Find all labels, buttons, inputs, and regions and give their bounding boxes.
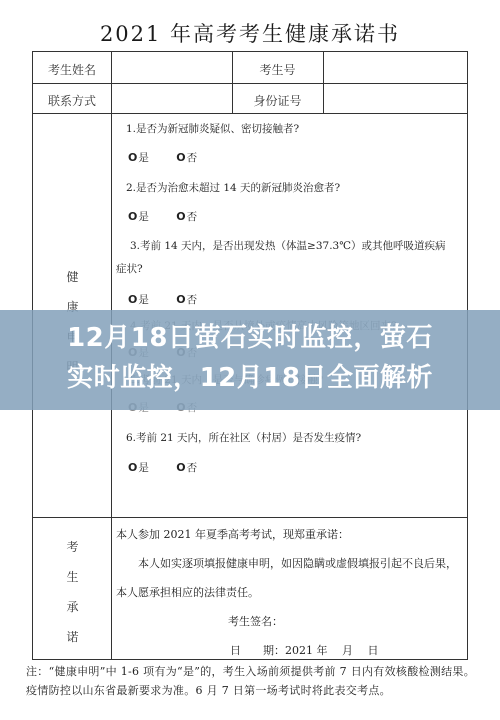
student-name-field[interactable] (112, 52, 232, 83)
option-no[interactable]: O否 (176, 292, 197, 307)
radio-circle-icon: O (128, 210, 137, 223)
question-3-options: O是 O否 (128, 292, 221, 307)
overlay-line-1: 12月18日萤石实时监控，萤石 (0, 318, 500, 358)
label-char: 生 (33, 562, 112, 592)
signature-field[interactable] (290, 610, 440, 628)
radio-circle-icon: O (128, 293, 137, 306)
pledge-line-1: 本人参加 2021 年夏季高考考试，现郑重承诺： (116, 526, 349, 542)
label-char: 考 (33, 532, 112, 562)
option-yes[interactable]: O是 (128, 150, 149, 165)
question-2-options: O是 O否 (128, 209, 221, 224)
label-student-name: 考生姓名 (33, 61, 111, 78)
option-yes[interactable]: O是 (128, 209, 149, 224)
student-number-field[interactable] (324, 52, 467, 83)
label-char: 健 (33, 262, 112, 292)
radio-circle-icon: O (128, 461, 137, 474)
footnote: 注：“健康申明”中 1-6 项有为“是”的，考生入场前须提供考前 7 日内有效核… (26, 662, 476, 700)
radio-circle-icon: O (128, 151, 137, 164)
option-yes[interactable]: O是 (128, 460, 149, 475)
label-student-number: 考生号 (232, 61, 323, 78)
label-contact: 联系方式 (33, 92, 111, 109)
question-1-options: O是 O否 (128, 150, 221, 165)
row-divider (33, 517, 467, 518)
document-title: 2021 年高考考生健康承诺书 (0, 18, 500, 48)
row-divider (33, 113, 467, 114)
radio-circle-icon: O (176, 151, 185, 164)
option-yes[interactable]: O是 (128, 292, 149, 307)
option-no[interactable]: O否 (176, 209, 197, 224)
id-number-field[interactable] (324, 84, 467, 113)
overlay-headline: 12月18日萤石实时监控，萤石 实时监控，12月18日全面解析 (0, 318, 500, 398)
question-6: 6.考前 21 天内，所在社区（村居）是否发生疫情? (126, 430, 361, 445)
student-pledge-label: 考 生 承 诺 (33, 532, 112, 652)
option-no[interactable]: O否 (176, 460, 197, 475)
question-6-options: O是 O否 (128, 460, 221, 475)
radio-circle-icon: O (176, 210, 185, 223)
overlay-line-2: 实时监控，12月18日全面解析 (0, 358, 500, 398)
question-2: 2.是否为治愈未超过 14 天的新冠肺炎治愈者? (126, 180, 340, 195)
question-3-cont: 症状? (116, 261, 143, 276)
question-3: 3.考前 14 天内，是否出现发热（体温≥37.3℃）或其他呼吸道疾病 (130, 238, 445, 253)
label-char: 承 (33, 592, 112, 622)
signature-label: 考生签名： (228, 613, 283, 629)
pledge-line-3: 本人愿承担相应的法律责任。 (116, 584, 259, 600)
radio-circle-icon: O (176, 293, 185, 306)
question-1: 1.是否为新冠肺炎疑似、密切接触者? (126, 121, 299, 136)
label-id-number: 身份证号 (232, 92, 323, 109)
contact-field[interactable] (112, 84, 232, 113)
option-no[interactable]: O否 (176, 150, 197, 165)
radio-circle-icon: O (176, 461, 185, 474)
pledge-line-2: 本人如实逐项填报健康申明，如因隐瞒或虚假填报引起不良后果， (138, 555, 457, 571)
date-label: 日 期：2021 年 月 日 (230, 642, 378, 658)
label-char: 诺 (33, 622, 112, 652)
